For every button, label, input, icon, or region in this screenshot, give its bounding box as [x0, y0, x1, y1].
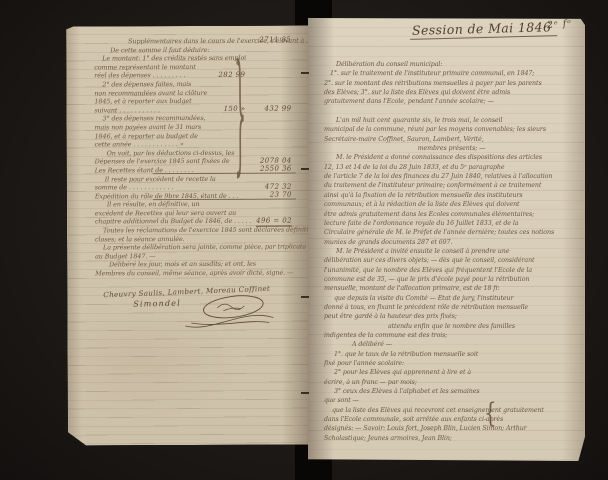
manuscript-line: gratuitement dans l'Ecole, pendant l'ann…	[324, 97, 579, 106]
manuscript-line: 1°. que le taux de la rétribution mensue…	[324, 350, 579, 359]
manuscript-line: que sont —	[324, 396, 579, 405]
amount-value: 2711 85	[259, 36, 291, 45]
amount-value: 432 99	[265, 105, 292, 114]
binding-stitch	[301, 72, 309, 74]
right-page: Session de Mai 1846 2ᵉ fᵒ Délibération d…	[308, 18, 585, 461]
amount-value: 472 32	[265, 182, 292, 191]
accolade-brace-right: {	[484, 399, 497, 426]
manuscript-line: 3° ceux des Elèves à l'alphabet et les s…	[324, 387, 579, 396]
manuscript-line: 2° pour les Elèves qui apprennent à lire…	[324, 368, 579, 377]
manuscript-line	[324, 452, 579, 461]
manuscript-line: municipal de la commune, réuni par les m…	[324, 125, 579, 134]
manuscript-line: délibération sur ces divers objets; — dè…	[324, 256, 579, 265]
amount-value: 2078 04	[260, 156, 292, 165]
manuscript-line	[324, 107, 579, 116]
manuscript-line: 1°. sur le traitement de l'instituteur p…	[324, 69, 579, 78]
manuscript-line: 12, 13 et 14 de la loi du 28 Juin 1833, …	[324, 163, 579, 172]
manuscript-line: Délibération du conseil municipal:	[324, 60, 579, 69]
manuscript-line: de l'article 7 de la loi des finances du…	[324, 172, 579, 181]
manuscript-line: M. le Président a invité ensuite le cons…	[324, 247, 579, 256]
manuscript-line: 2°. sur le montant des rétributions mens…	[324, 79, 579, 88]
manuscript-line: M. le Président a donné connaissance des…	[324, 153, 579, 162]
manuscript-line: lecture faite de l'ordonnance royale du …	[324, 219, 579, 228]
binding-stitch	[301, 168, 309, 170]
left-page: Supplémentaires dans le cours de l'exerc…	[66, 25, 311, 445]
manuscript-line: être admis gratuitement dans les Ecoles …	[324, 210, 579, 219]
signature-simondel: Simondel	[133, 299, 181, 309]
manuscript-line: Membres du conseil, même séance, après a…	[95, 269, 302, 278]
manuscript-line: indigentes de la commune est des trois;	[324, 331, 579, 340]
signature-paraph	[183, 292, 275, 334]
manuscript-line: donné à tous, en fixant le précédent rôl…	[324, 303, 579, 312]
session-title: Session de Mai 1846	[410, 19, 558, 40]
left-page-text: Supplémentaires dans le cours de l'exerc…	[94, 37, 302, 279]
manuscript-line: que la liste des Elèves qui recevront ce…	[324, 406, 579, 415]
manuscript-line: mensuelle, montant de l'allocation prima…	[324, 284, 579, 293]
manuscript-line: A délibéré —	[324, 340, 579, 349]
manuscript-line: l'unanimité, que le nombre des Elèves qu…	[324, 266, 579, 275]
accolade-brace-left: }	[234, 53, 246, 184]
binding-stitch	[301, 392, 309, 394]
manuscript-line: Secrétaire-maire Coffinet, Sauron, Lambe…	[324, 135, 579, 144]
manuscript-line: écrire, à un franc — par mois;	[324, 378, 579, 387]
manuscript-line: munies de grands documents 287 et 697.	[324, 238, 579, 247]
manuscript-line: membres présents; —	[324, 144, 579, 153]
manuscript-line: fixé pour l'année scolaire:	[324, 359, 579, 368]
manuscript-line: que depuis la visite du Comité — Etat de…	[324, 294, 579, 303]
manuscript-line: Circulaire générale de M. le Préfet de l…	[324, 228, 579, 237]
right-page-text: Délibération du conseil municipal:1°. su…	[324, 60, 579, 461]
manuscript-line: attendu enfin que le nombre des familles	[324, 322, 579, 331]
manuscript-line: des Elèves; 3°. sur la liste des Elèves …	[324, 88, 579, 97]
manuscript-line: communaux; et à la rédaction de la liste…	[324, 200, 579, 209]
manuscript-line: ainsi qu'à la fixation de la rétribution…	[324, 191, 579, 200]
manuscript-line: désignés: — Savoir: Louis fort, Joseph B…	[324, 424, 579, 433]
manuscript-line: du traitement de l'instituteur primaire;…	[324, 181, 579, 190]
binding-stitch	[301, 296, 309, 298]
folio-number: 2ᵉ fᵒ	[547, 18, 573, 31]
manuscript-line: Scholastique; Jeunes armoires, Jean Blin…	[324, 434, 579, 443]
manuscript-line: dans l'Ecole communale, soit arrêtée aux…	[324, 415, 579, 424]
manuscript-line: commune est de 35, — que le prix d'école…	[324, 275, 579, 284]
manuscript-line: peut être gardé à la hauteur des prix fi…	[324, 312, 579, 321]
manuscript-line	[324, 443, 579, 452]
manuscript-line: L'an mil huit cent quarante six, le troi…	[324, 116, 579, 125]
